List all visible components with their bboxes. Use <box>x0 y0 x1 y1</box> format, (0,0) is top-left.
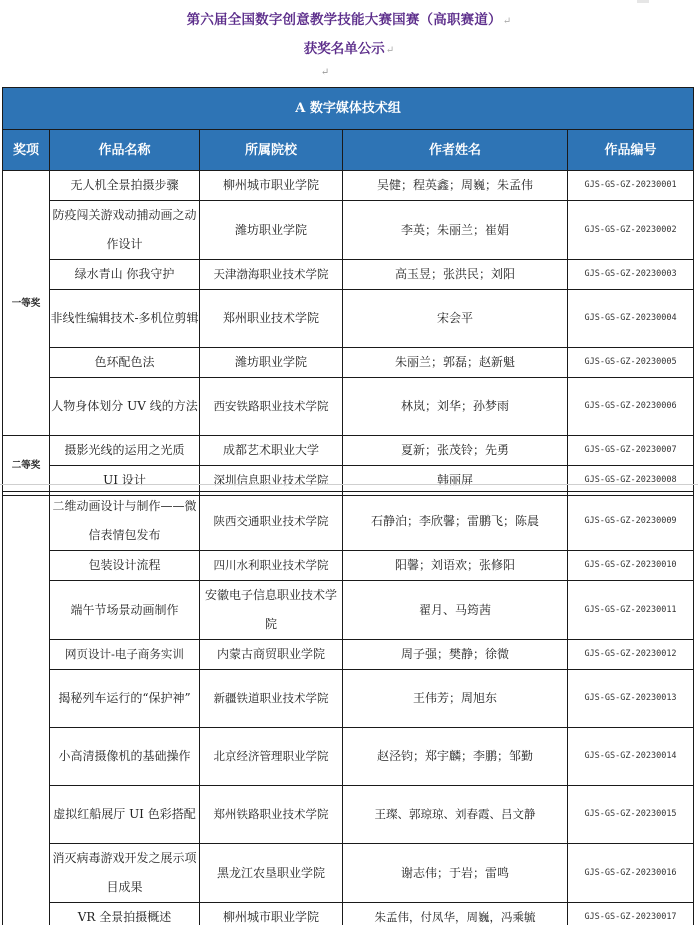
authors: 朱丽兰；郭磊；赵新魁 <box>343 348 568 378</box>
school: 西安铁路职业技术学院 <box>200 378 343 436</box>
school: 柳州城市职业学院 <box>200 171 343 201</box>
work-title: 消灭病毒游戏开发之展示项目成果 <box>50 844 200 903</box>
work-title: 摄影光线的运用之光质 <box>50 436 200 466</box>
table-row: 一等奖 无人机全景拍摄步骤 柳州城市职业学院 吴健；程英鑫；周巍；朱孟伟 GJS… <box>3 171 694 201</box>
school: 安徽电子信息职业技术学院 <box>200 581 343 640</box>
table-row: 网页设计-电子商务实训 内蒙古商贸职业学院 周子强；樊静；徐微 GJS-GS-G… <box>3 640 694 670</box>
work-code: GJS-GS-GZ-20230014 <box>568 728 694 786</box>
work-code: GJS-GS-GZ-20230017 <box>568 903 694 925</box>
work-title: 包装设计流程 <box>50 551 200 581</box>
work-title: 小高清摄像机的基础操作 <box>50 728 200 786</box>
school: 成都艺术职业大学 <box>200 436 343 466</box>
page-break-divider <box>0 484 698 485</box>
header-title: 作品名称 <box>50 130 200 171</box>
authors: 林岚；刘华；孙梦雨 <box>343 378 568 436</box>
work-title: 人物身体划分 UV 线的方法 <box>50 378 200 436</box>
award-first-prize: 一等奖 <box>3 171 50 436</box>
work-code: GJS-GS-GZ-20230016 <box>568 844 694 903</box>
work-code: GJS-GS-GZ-20230007 <box>568 436 694 466</box>
table-row: 绿水青山 你我守护 天津渤海职业技术学院 高玉昱；张洪民；刘阳 GJS-GS-G… <box>3 260 694 290</box>
group-title: A 数字媒体技术组 <box>3 88 694 130</box>
table-row: 包装设计流程 四川水利职业技术学院 阳馨；刘语欢；张修阳 GJS-GS-GZ-2… <box>3 551 694 581</box>
work-title: 网页设计-电子商务实训 <box>50 640 200 670</box>
group-banner-row: A 数字媒体技术组 <box>3 88 694 130</box>
authors: 周子强；樊静；徐微 <box>343 640 568 670</box>
document-subtitle: 获奖名单公示↵ <box>0 37 698 57</box>
award-second-prize: 二等奖 <box>3 436 50 496</box>
table-row: 小高清摄像机的基础操作 北京经济管理职业学院 赵泾钧；郑宇麟；李鹏；邹勤 GJS… <box>3 728 694 786</box>
header-authors: 作者姓名 <box>343 130 568 171</box>
authors: 王璨、郭琼琼、刘春霞、吕文静 <box>343 786 568 844</box>
school: 柳州城市职业学院 <box>200 903 343 925</box>
authors: 阳馨；刘语欢；张修阳 <box>343 551 568 581</box>
authors: 石静泊；李欣馨；雷鹏飞；陈晨 <box>343 492 568 551</box>
authors: 赵泾钧；郑宇麟；李鹏；邹勤 <box>343 728 568 786</box>
authors: 夏新；张茂铃；先勇 <box>343 436 568 466</box>
table-row: 色环配色法 潍坊职业学院 朱丽兰；郭磊；赵新魁 GJS-GS-GZ-202300… <box>3 348 694 378</box>
work-title: 二维动画设计与制作——微信表情包发布 <box>50 492 200 551</box>
school: 天津渤海职业技术学院 <box>200 260 343 290</box>
authors: 谢志伟；于岩；雷鸣 <box>343 844 568 903</box>
table-row: 端午节场景动画制作 安徽电子信息职业技术学院 翟月、马筠茜 GJS-GS-GZ-… <box>3 581 694 640</box>
table-row: VR 全景拍摄概述 柳州城市职业学院 朱孟伟，付凤华，周巍，冯乘毓 GJS-GS… <box>3 903 694 925</box>
work-code: GJS-GS-GZ-20230003 <box>568 260 694 290</box>
header-school: 所属院校 <box>200 130 343 171</box>
header-row: 奖项 作品名称 所属院校 作者姓名 作品编号 <box>3 130 694 171</box>
awards-table-part2: 二维动画设计与制作——微信表情包发布 陕西交通职业技术学院 石静泊；李欣馨；雷鹏… <box>2 491 694 925</box>
work-title: 非线性编辑技术-多机位剪辑 <box>50 290 200 348</box>
school: 四川水利职业技术学院 <box>200 551 343 581</box>
school: 郑州职业技术学院 <box>200 290 343 348</box>
work-code: GJS-GS-GZ-20230002 <box>568 201 694 260</box>
work-code: GJS-GS-GZ-20230011 <box>568 581 694 640</box>
header-award: 奖项 <box>3 130 50 171</box>
school: 新疆铁道职业技术学院 <box>200 670 343 728</box>
work-code: GJS-GS-GZ-20230010 <box>568 551 694 581</box>
authors: 吴健；程英鑫；周巍；朱孟伟 <box>343 171 568 201</box>
work-title: 色环配色法 <box>50 348 200 378</box>
work-title: 虚拟红船展厅 UI 色彩搭配 <box>50 786 200 844</box>
window-corner-handle <box>637 0 649 3</box>
work-title: 揭秘列车运行的“保护神” <box>50 670 200 728</box>
paragraph-mark: ↵ <box>0 67 650 78</box>
work-code: GJS-GS-GZ-20230004 <box>568 290 694 348</box>
table-row: 非线性编辑技术-多机位剪辑 郑州职业技术学院 宋会平 GJS-GS-GZ-202… <box>3 290 694 348</box>
table-row: 防疫闯关游戏动捕动画之动作设计 潍坊职业学院 李英；朱丽兰；崔娟 GJS-GS-… <box>3 201 694 260</box>
work-title: VR 全景拍摄概述 <box>50 903 200 925</box>
work-title: 防疫闯关游戏动捕动画之动作设计 <box>50 201 200 260</box>
school: 北京经济管理职业学院 <box>200 728 343 786</box>
table-row: 二维动画设计与制作——微信表情包发布 陕西交通职业技术学院 石静泊；李欣馨；雷鹏… <box>3 492 694 551</box>
awards-table-part1: A 数字媒体技术组 奖项 作品名称 所属院校 作者姓名 作品编号 一等奖 无人机… <box>2 87 694 496</box>
work-code: GJS-GS-GZ-20230009 <box>568 492 694 551</box>
work-code: GJS-GS-GZ-20230012 <box>568 640 694 670</box>
work-code: GJS-GS-GZ-20230015 <box>568 786 694 844</box>
table-row: 消灭病毒游戏开发之展示项目成果 黑龙江农垦职业学院 谢志伟；于岩；雷鸣 GJS-… <box>3 844 694 903</box>
work-code: GJS-GS-GZ-20230001 <box>568 171 694 201</box>
table-row: 二等奖 摄影光线的运用之光质 成都艺术职业大学 夏新；张茂铃；先勇 GJS-GS… <box>3 436 694 466</box>
school: 内蒙古商贸职业学院 <box>200 640 343 670</box>
school: 潍坊职业学院 <box>200 201 343 260</box>
work-code: GJS-GS-GZ-20230005 <box>568 348 694 378</box>
authors: 王伟芳；周旭东 <box>343 670 568 728</box>
authors: 宋会平 <box>343 290 568 348</box>
table-row: 揭秘列车运行的“保护神” 新疆铁道职业技术学院 王伟芳；周旭东 GJS-GS-G… <box>3 670 694 728</box>
authors: 翟月、马筠茜 <box>343 581 568 640</box>
award-third-prize <box>3 492 50 925</box>
school: 黑龙江农垦职业学院 <box>200 844 343 903</box>
header-code: 作品编号 <box>568 130 694 171</box>
authors: 李英；朱丽兰；崔娟 <box>343 201 568 260</box>
work-code: GJS-GS-GZ-20230013 <box>568 670 694 728</box>
school: 潍坊职业学院 <box>200 348 343 378</box>
table-row: 虚拟红船展厅 UI 色彩搭配 郑州铁路职业技术学院 王璨、郭琼琼、刘春霞、吕文静… <box>3 786 694 844</box>
table-row: 人物身体划分 UV 线的方法 西安铁路职业技术学院 林岚；刘华；孙梦雨 GJS-… <box>3 378 694 436</box>
authors: 朱孟伟，付凤华，周巍，冯乘毓 <box>343 903 568 925</box>
school: 郑州铁路职业技术学院 <box>200 786 343 844</box>
authors: 高玉昱；张洪民；刘阳 <box>343 260 568 290</box>
work-title: 端午节场景动画制作 <box>50 581 200 640</box>
work-title: 绿水青山 你我守护 <box>50 260 200 290</box>
work-title: 无人机全景拍摄步骤 <box>50 171 200 201</box>
school: 陕西交通职业技术学院 <box>200 492 343 551</box>
work-code: GJS-GS-GZ-20230006 <box>568 378 694 436</box>
document-title: 第六届全国数字创意教学技能大赛国赛（高职赛道）↵ <box>0 8 698 28</box>
